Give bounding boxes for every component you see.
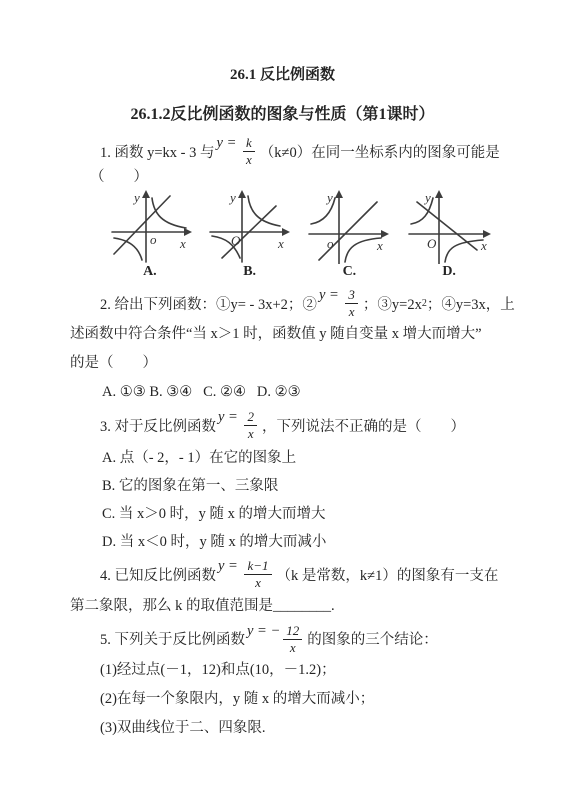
question-4-line-1: 4. 已知反比例函数 y = k−1x （k 是常数，k≠1）的图象有一支在 — [70, 556, 495, 592]
fraction: 3x — [345, 288, 358, 319]
question-2-text-mid: ；③y=2x — [363, 293, 422, 314]
question-2-line-1: 2. 给出下列函数：①y= - 3x+2；② y = 3x ；③y=2x 2 ；… — [70, 286, 495, 320]
question-5-conclusion-1: (1)经过点(－1，12)和点(10，－1.2)； — [70, 656, 495, 685]
question-3-choice-d: D. 当 x＜0 时，y 随 x 的增大而减小 — [70, 528, 495, 556]
x-axis-arrow-icon — [282, 228, 290, 236]
hyperbola-branch-q1 — [248, 196, 280, 226]
question-5-text-post: 的图象的三个结论： — [307, 628, 438, 649]
x-axis-arrow-icon — [184, 228, 192, 236]
fraction-numerator: k−1 — [244, 559, 271, 575]
fraction-numerator: 2 — [244, 410, 257, 426]
graph-option-b-label: B. — [204, 264, 296, 279]
question-3-choice-b: B. 它的图象在第一、三象限 — [70, 472, 495, 500]
graph-option-d: y x O D. — [403, 188, 495, 280]
fraction-denominator: x — [290, 640, 296, 655]
graph-option-b: y x O B. — [204, 188, 296, 280]
linear-function-line — [114, 196, 170, 254]
question-2-line-2: 述函数中符合条件“当 x＞1 时，函数值 y 随自变量 x 增大而增大” — [70, 320, 495, 349]
origin-label: O — [427, 236, 437, 251]
hyperbola-branch-q4 — [345, 238, 381, 262]
fraction-denominator: x — [255, 575, 261, 590]
question-1-answer-bracket: （ ） — [70, 168, 495, 188]
fraction: 2x — [244, 410, 257, 441]
worksheet-page: 26.1 反比例函数 26.1.2反比例函数的图象与性质（第1课时） 1. 函数… — [0, 0, 565, 800]
question-4-line-2-with-blank: 第二象限，那么 k 的取值范围是________. — [70, 592, 495, 621]
origin-label: O — [231, 233, 241, 248]
question-3-text-post: ，下列说法不正确的是（ ） — [262, 415, 465, 436]
question-2-line-3: 的是（ ） — [70, 349, 495, 378]
math-lead: y = — [217, 135, 240, 151]
math-lead: y = — [218, 558, 241, 574]
question-2-choices: A. ①③ B. ③④ C. ②④ D. ②③ — [70, 378, 495, 406]
question-3-choice-a: A. 点（- 2，- 1）在它的图象上 — [70, 444, 495, 472]
question-4-text-pre: 4. 已知反比例函数 — [100, 564, 216, 585]
question-1-text-pre: 1. 函数 y=kx - 3 与 — [100, 141, 215, 162]
origin-label: o — [150, 232, 157, 247]
question-5-conclusion-2: (2)在每一个象限内，y 随 x 的增大而减小； — [70, 685, 495, 714]
section-subtitle: 26.1.2反比例函数的图象与性质（第1课时） — [70, 105, 495, 124]
question-2-formula: y = 3x — [319, 287, 361, 319]
question-3-formula: y = 2x — [218, 409, 260, 441]
question-3-choice-c: C. 当 x＞0 时，y 随 x 的增大而增大 — [70, 500, 495, 528]
question-2-text-pre: 2. 给出下列函数：①y= - 3x+2；② — [100, 293, 317, 314]
question-4-text-post: （k 是常数，k≠1）的图象有一支在 — [277, 564, 499, 585]
fraction-numerator: 3 — [345, 288, 358, 304]
question-1-text-post: （k≠0）在同一坐标系内的图象可能是 — [260, 141, 500, 162]
graph-option-a-label: A. — [104, 264, 196, 279]
question-3-line-1: 3. 对于反比例函数 y = 2x ，下列说法不正确的是（ ） — [70, 406, 495, 444]
question-4-formula: y = k−1x — [218, 558, 275, 590]
x-axis-label: x — [179, 236, 186, 251]
y-axis-arrow-icon — [435, 190, 443, 198]
x-axis-arrow-icon — [381, 230, 389, 238]
fraction-numerator: 12 — [283, 624, 302, 640]
graph-option-c: y x o C. — [304, 188, 396, 280]
x-axis-label: x — [480, 238, 487, 253]
question-1-formula: y = kx — [217, 135, 258, 167]
y-axis-label: y — [228, 190, 236, 205]
fraction-numerator: k — [243, 136, 255, 152]
fraction-denominator: x — [246, 152, 252, 167]
graph-option-d-label: D. — [403, 264, 495, 279]
fraction: k−1x — [244, 559, 271, 590]
y-axis-label: y — [325, 190, 333, 205]
math-lead: y = − — [247, 623, 280, 639]
fraction-denominator: x — [349, 304, 355, 319]
question-2-text-post: ；④y=3x，上 — [427, 293, 515, 314]
math-lead: y = — [319, 287, 342, 303]
question-5-conclusion-3: (3)双曲线位于二、四象限. — [70, 714, 495, 743]
y-axis-arrow-icon — [238, 190, 246, 198]
question-5-line-1: 5. 下列关于反比例函数 y = −12x 的图象的三个结论： — [70, 621, 495, 656]
y-axis-label: y — [423, 190, 431, 205]
page-title: 26.1 反比例函数 — [70, 66, 495, 84]
question-5-text-pre: 5. 下列关于反比例函数 — [100, 628, 245, 649]
origin-label: o — [327, 236, 334, 251]
graph-option-a: y x o A. — [104, 188, 196, 280]
y-axis-arrow-icon — [142, 190, 150, 198]
x-axis-label: x — [376, 238, 383, 253]
x-axis-label: x — [277, 236, 284, 251]
question-1-line-1: 1. 函数 y=kx - 3 与 y = kx （k≠0）在同一坐标系内的图象可… — [70, 134, 495, 168]
fraction: kx — [243, 136, 255, 167]
fraction: 12x — [283, 624, 302, 655]
hyperbola-branch-q1 — [152, 198, 186, 228]
question-3-text-pre: 3. 对于反比例函数 — [100, 415, 216, 436]
fraction-denominator: x — [248, 426, 254, 441]
math-lead: y = — [218, 409, 241, 425]
graph-option-c-label: C. — [304, 264, 396, 279]
linear-function-line — [417, 202, 477, 250]
y-axis-label: y — [132, 190, 140, 205]
question-1-graph-options: y x o A. y x O B. — [70, 188, 495, 280]
y-axis-arrow-icon — [335, 190, 343, 198]
hyperbola-branch-q4 — [445, 240, 483, 262]
x-axis-arrow-icon — [483, 230, 491, 238]
question-5-formula: y = −12x — [247, 623, 305, 655]
